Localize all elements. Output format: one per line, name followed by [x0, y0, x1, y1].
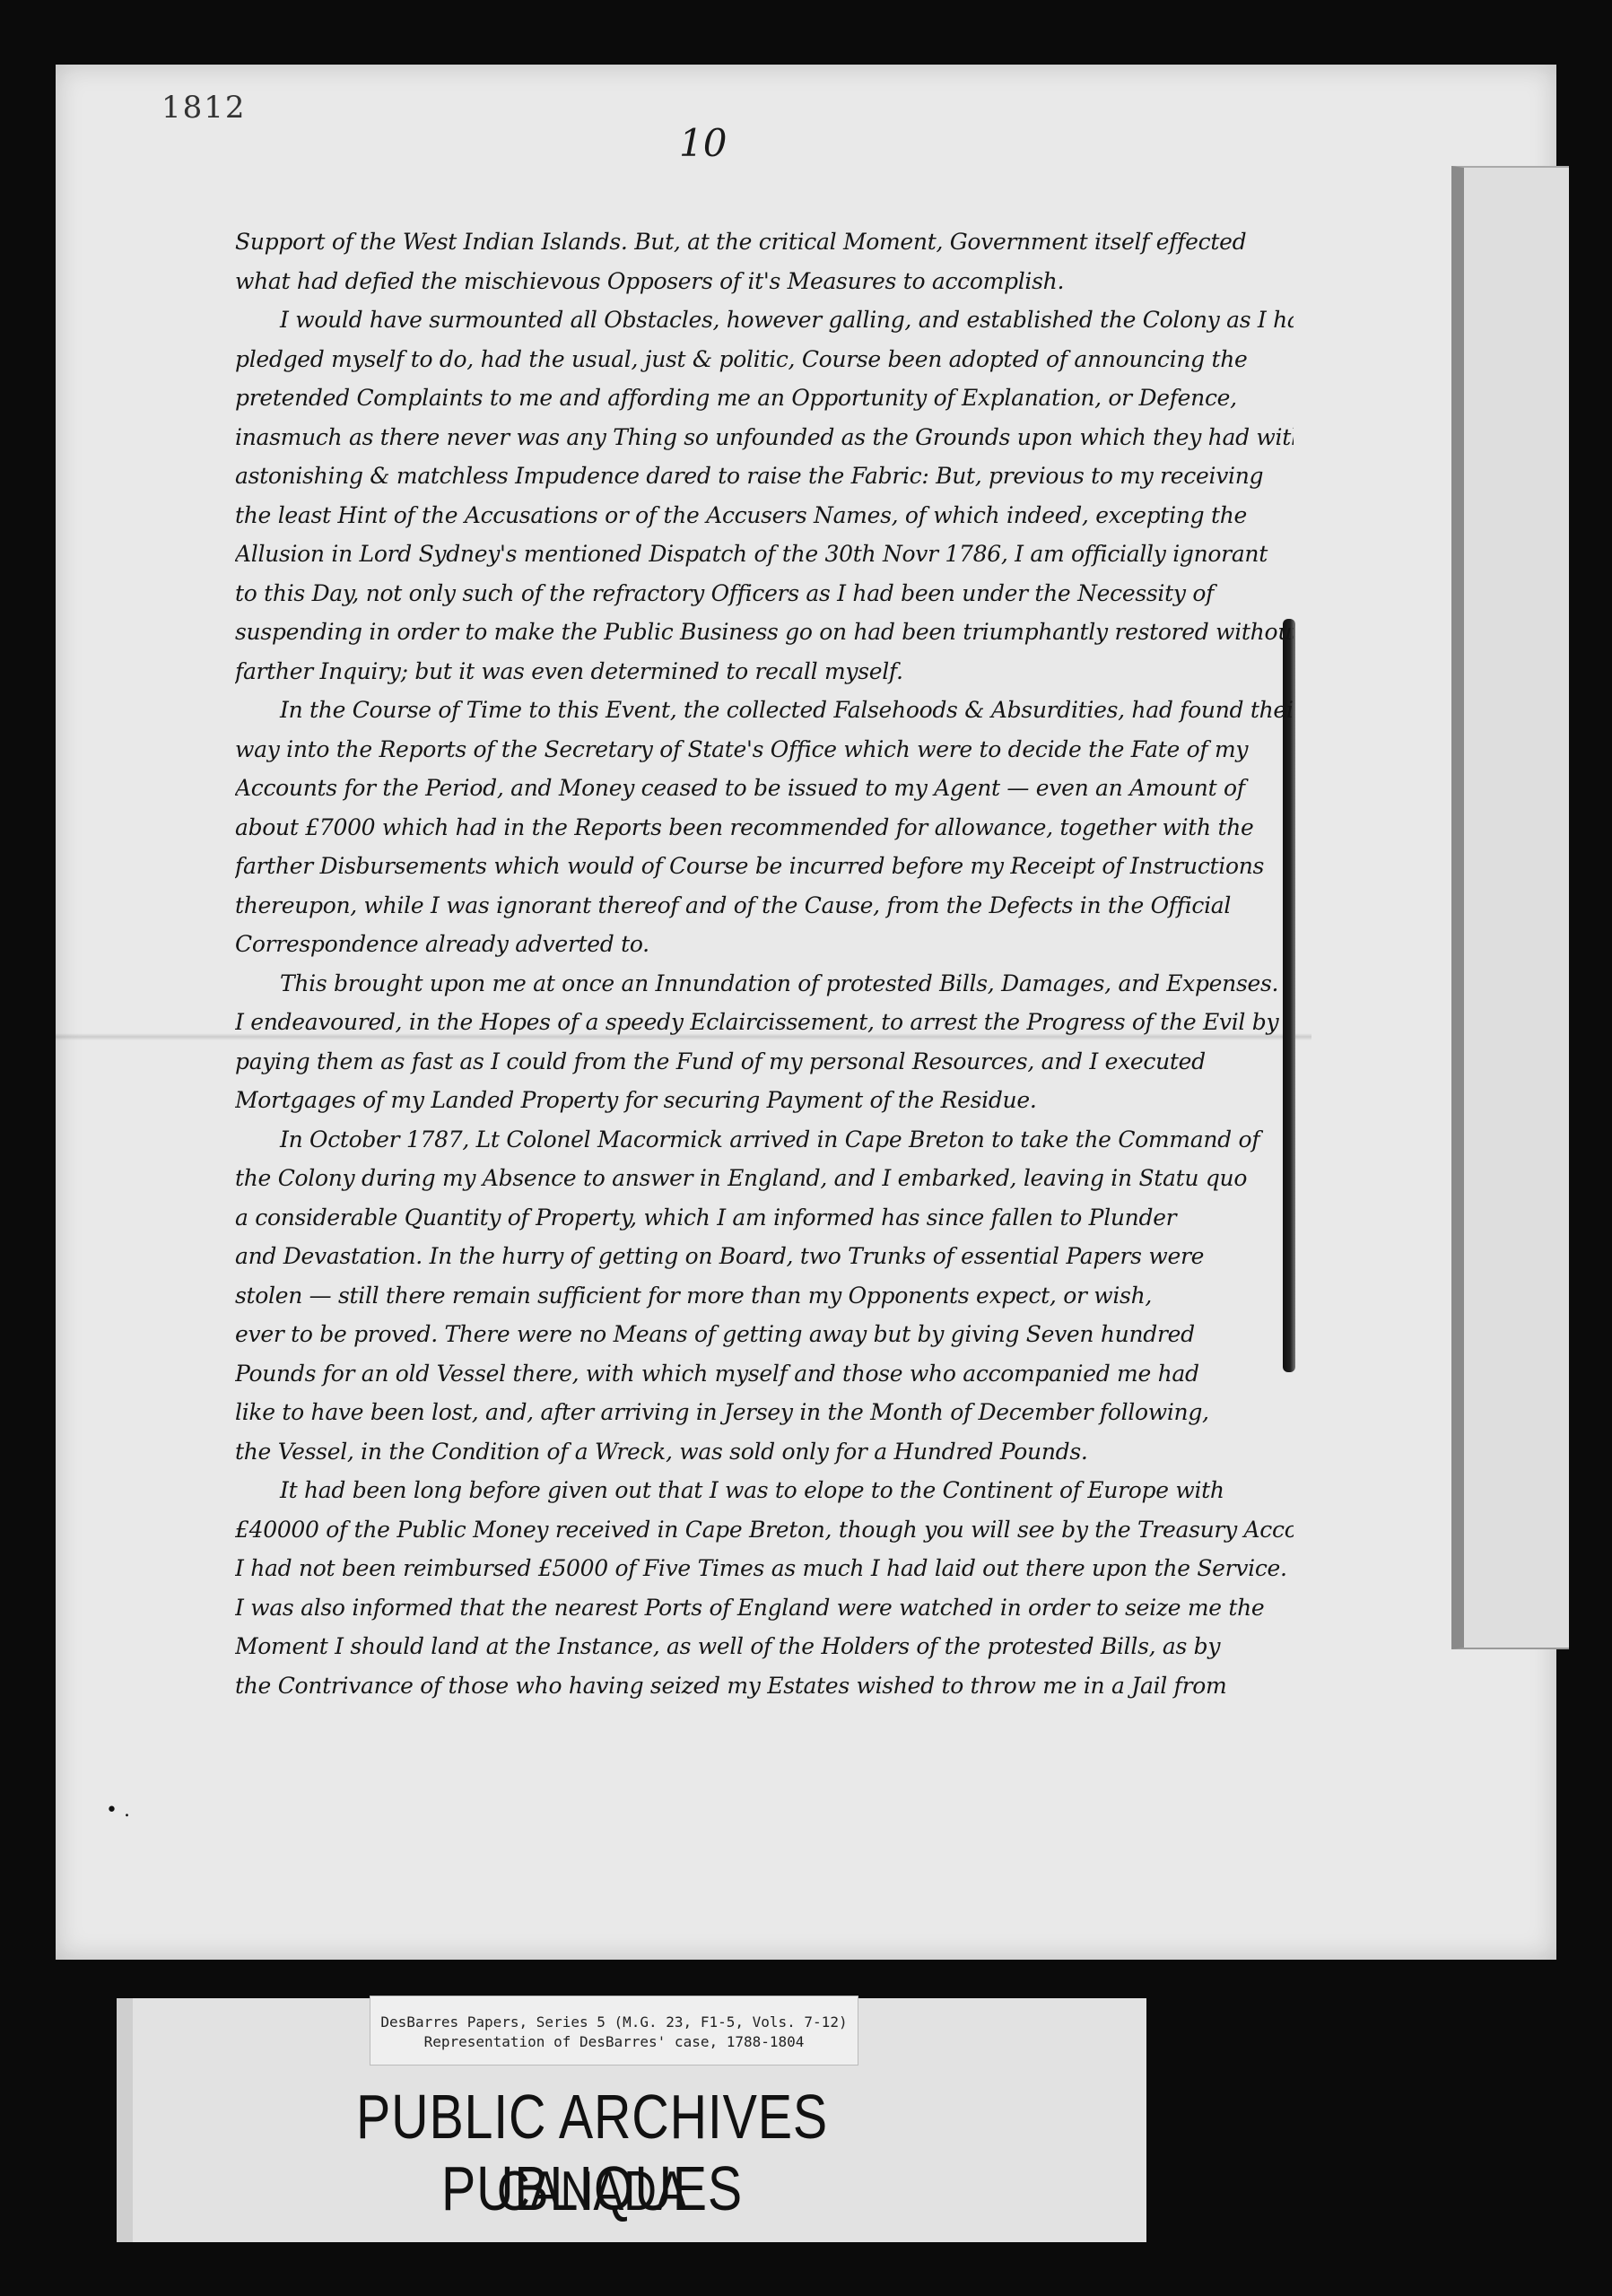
manuscript-line: stolen — still there remain sufficient f… [235, 1276, 1294, 1316]
folio-stamp: 1812 [161, 90, 247, 126]
manuscript-line: thereupon, while I was ignorant thereof … [235, 886, 1294, 926]
manuscript-line: Moment I should land at the Instance, as… [235, 1627, 1294, 1666]
manuscript-line: Mortgages of my Landed Property for secu… [235, 1081, 1294, 1120]
manuscript-line: the Colony during my Absence to answer i… [235, 1159, 1294, 1198]
manuscript-line: I was also informed that the nearest Por… [235, 1588, 1294, 1628]
manuscript-line: suspending in order to make the Public B… [235, 613, 1294, 652]
sticker-title-line: Representation of DesBarres' case, 1788-… [370, 2032, 858, 2052]
archive-reference-sticker: DesBarres Papers, Series 5 (M.G. 23, F1-… [370, 1996, 858, 2066]
manuscript-line: the least Hint of the Accusations or of … [235, 496, 1294, 535]
manuscript-line: about £7000 which had in the Reports bee… [235, 808, 1294, 848]
manuscript-line: Accounts for the Period, and Money cease… [235, 769, 1294, 808]
manuscript-line: I had not been reimbursed £5000 of Five … [235, 1549, 1294, 1588]
manuscript-line: It had been long before given out that I… [235, 1471, 1294, 1510]
manuscript-line: pledged myself to do, had the usual, jus… [235, 340, 1294, 379]
manuscript-line: way into the Reports of the Secretary of… [235, 730, 1294, 770]
manuscript-line: farther Disbursements which would of Cou… [235, 847, 1294, 886]
manuscript-line: In the Course of Time to this Event, the… [235, 691, 1294, 730]
margin-mark: • . [106, 1799, 130, 1822]
manuscript-line: astonishing & matchless Impudence dared … [235, 457, 1294, 496]
manuscript-line: to this Day, not only such of the refrac… [235, 574, 1294, 613]
manuscript-line: This brought upon me at once an Innundat… [235, 964, 1294, 1004]
sticker-series-line: DesBarres Papers, Series 5 (M.G. 23, F1-… [370, 2013, 858, 2032]
manuscript-line: I would have surmounted all Obstacles, h… [235, 300, 1294, 340]
manuscript-line: pretended Complaints to me and affording… [235, 378, 1294, 418]
manuscript-line: and Devastation. In the hurry of getting… [235, 1237, 1294, 1276]
manuscript-line: Allusion in Lord Sydney's mentioned Disp… [235, 535, 1294, 574]
manuscript-line: £40000 of the Public Money received in C… [235, 1510, 1294, 1550]
manuscript-line: In October 1787, Lt Colonel Macormick ar… [235, 1120, 1294, 1160]
manuscript-line: a considerable Quantity of Property, whi… [235, 1198, 1294, 1238]
manuscript-line: Correspondence already adverted to. [235, 925, 1294, 964]
manuscript-line: paying them as fast as I could from the … [235, 1042, 1294, 1082]
manuscript-line: like to have been lost, and, after arriv… [235, 1393, 1294, 1432]
manuscript-line: I endeavoured, in the Hopes of a speedy … [235, 1003, 1294, 1042]
manuscript-line: what had defied the mischievous Opposers… [235, 262, 1294, 301]
manuscript-line: the Contrivance of those who having seiz… [235, 1666, 1294, 1706]
handwritten-text-block: Support of the West Indian Islands. But,… [235, 222, 1294, 1705]
manuscript-line: Pounds for an old Vessel there, with whi… [235, 1354, 1294, 1394]
manuscript-line: Support of the West Indian Islands. But,… [235, 222, 1294, 262]
manuscript-line: ever to be proved. There were no Means o… [235, 1315, 1294, 1354]
attached-paper-strip [1451, 166, 1569, 1649]
archives-country: CANADA [224, 2160, 960, 2223]
manuscript-line: the Vessel, in the Condition of a Wreck,… [235, 1432, 1294, 1472]
manuscript-line: inasmuch as there never was any Thing so… [235, 418, 1294, 457]
page-number: 10 [679, 121, 727, 165]
manuscript-line: farther Inquiry; but it was even determi… [235, 652, 1294, 691]
